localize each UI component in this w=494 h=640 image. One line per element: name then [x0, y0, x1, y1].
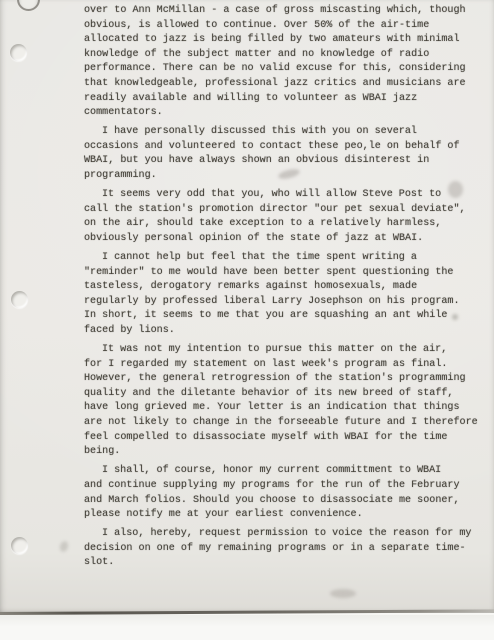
text-line: tasteless, derogatory remarks against ho… — [84, 280, 488, 295]
text-line: regularly by professed liberal Larry Jos… — [84, 295, 488, 310]
text-line: performance. There can be no valid excus… — [84, 62, 488, 77]
ink-smudge — [58, 540, 69, 553]
text-line: are not likely to change in the forseeab… — [84, 416, 488, 431]
paragraph: It seems very odd that you, who will all… — [84, 188, 488, 246]
text-line: occasions and volunteered to contact the… — [84, 140, 488, 155]
paper-sheet: over to Ann McMillan - a case of gross m… — [0, 0, 494, 613]
text-line: call the station's promotion director "o… — [84, 203, 488, 218]
text-line: WBAI, but you have always shown an obvio… — [84, 154, 488, 169]
text-line: It was not my intention to pursue this m… — [84, 343, 488, 358]
text-line: I also, hereby, request permission to vo… — [84, 527, 488, 542]
scanned-letter: over to Ann McMillan - a case of gross m… — [0, 0, 494, 640]
text-line: I shall, of course, honor my current com… — [84, 464, 488, 479]
text-line: that knowledgeable, professional jazz cr… — [84, 77, 488, 92]
hole-punch-icon — [17, 0, 40, 11]
hole-punch-icon — [10, 44, 27, 61]
text-line: I cannot help but feel that the time spe… — [84, 251, 488, 266]
paragraph: I also, hereby, request permission to vo… — [84, 527, 488, 571]
text-line: on the air, should take exception to a r… — [84, 217, 488, 232]
text-line: quality and the diletante behavior of it… — [84, 387, 488, 402]
text-line: commentators. — [84, 106, 488, 121]
paragraph: I shall, of course, honor my current com… — [84, 464, 488, 522]
text-line: decision on one of my remaining programs… — [84, 542, 488, 557]
text-line: faced by lions. — [84, 324, 488, 339]
text-line: for I regarded my statement on last week… — [84, 358, 488, 373]
text-line: I have personally discussed this with yo… — [84, 125, 488, 140]
paragraph: It was not my intention to pursue this m… — [84, 343, 488, 460]
text-line: readily available and willing to volunte… — [84, 92, 488, 107]
ink-smudge — [452, 314, 458, 320]
text-line: have long grieved me. Your letter is an … — [84, 401, 488, 416]
text-line: over to Ann McMillan - a case of gross m… — [84, 4, 488, 19]
text-line: slot. — [84, 556, 488, 571]
letter-text: over to Ann McMillan - a case of gross m… — [84, 4, 488, 575]
text-line: knowledge of the subject matter and no k… — [84, 48, 488, 63]
ink-smudge — [330, 589, 356, 598]
text-line: and March folios. Should you choose to d… — [84, 494, 488, 509]
text-line: please notify me at your earliest conven… — [84, 508, 488, 523]
text-line: obvious, is allowed to continue. Over 50… — [84, 19, 488, 34]
text-line: feel compelled to disassociate myself wi… — [84, 431, 488, 446]
text-line: "reminder" to me would have been better … — [84, 266, 488, 281]
hole-punch-icon — [11, 537, 28, 554]
text-line: In short, it seems to me that you are sq… — [84, 309, 488, 324]
hole-punch-icon — [11, 291, 28, 308]
text-line: being. — [84, 445, 488, 460]
text-line: allocated to jazz is being filled by two… — [84, 33, 488, 48]
text-line: However, the general retrogression of th… — [84, 372, 488, 387]
paragraph: I cannot help but feel that the time spe… — [84, 251, 488, 339]
paragraph: over to Ann McMillan - a case of gross m… — [84, 4, 488, 121]
text-line: and continue supplying my programs for t… — [84, 479, 488, 494]
ink-smudge — [448, 181, 463, 198]
text-line: It seems very odd that you, who will all… — [84, 188, 488, 203]
scan-background — [0, 615, 494, 640]
text-line: obviously personal opinion of the state … — [84, 232, 488, 247]
